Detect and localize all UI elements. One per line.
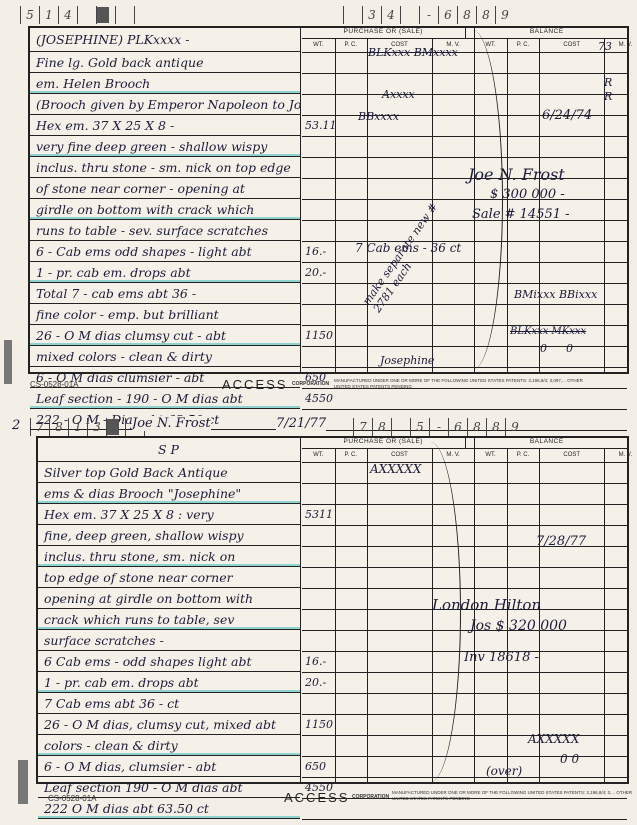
balance-group-header: BALANCE	[465, 28, 629, 39]
code-box: 9	[495, 6, 514, 24]
column-divider	[507, 449, 508, 782]
column-divider	[335, 449, 336, 782]
code-box: 1	[68, 418, 87, 436]
description-line: inclus. thru stone, sm. nick on	[38, 546, 300, 567]
margin-note: 73	[598, 40, 612, 53]
code-box: 9	[505, 418, 524, 436]
row-divider	[302, 525, 627, 526]
purchase-cost-note: Axxxx	[382, 88, 415, 101]
brand-suffix: CORPORATION	[352, 794, 389, 800]
patent-text: MANUFACTURED UNDER ONE OR MORE OF THE FO…	[334, 378, 584, 390]
column-label: WT.	[302, 449, 336, 462]
card-notch	[18, 760, 28, 804]
code-box	[343, 6, 362, 24]
code-box	[134, 6, 153, 24]
balance-date: 7/28/77	[536, 534, 586, 549]
purchase-group-header: PURCHASE OR (SALE)	[302, 28, 465, 39]
item-title: (JOSEPHINE) PLKxxxx -	[30, 28, 300, 52]
column-label: P. C.	[507, 39, 541, 52]
row-divider	[302, 714, 627, 715]
code-box: 7	[30, 418, 49, 436]
column-divider	[367, 39, 368, 372]
weight-value: 650	[305, 760, 326, 773]
row-divider	[302, 630, 627, 631]
code-box: 3	[87, 418, 106, 436]
balance-date: 6/24/74	[542, 108, 592, 123]
code-box	[391, 418, 410, 436]
description-line: 1 - pr. cab em. drops abt	[30, 262, 300, 283]
code-box: -	[429, 418, 448, 436]
column-divider	[507, 39, 508, 372]
column-divider	[604, 449, 605, 782]
ledger-card-2: 2 7813785-6889 Joe N. Frost 7/21/77 S P …	[0, 412, 637, 825]
form-number: CS-0528-01A	[30, 380, 78, 389]
description-line: 6 Cab ems - odd shapes light abt	[38, 651, 300, 672]
code-box: 1	[39, 6, 58, 24]
code-box: 8	[372, 418, 391, 436]
weight-value: 4550	[305, 392, 333, 405]
description-line: surface scratches -	[38, 630, 300, 651]
row-divider	[302, 567, 627, 568]
code-box	[115, 6, 134, 24]
description-line: runs to table - sev. surface scratches	[30, 220, 300, 241]
description-line: opening at girdle on bottom with	[38, 588, 300, 609]
patent-text: MANUFACTURED UNDER ONE OR MORE OF THE FO…	[392, 790, 637, 802]
column-label: M. V.	[604, 449, 637, 462]
column-label: COST	[539, 449, 605, 462]
description-line: 6 - Cab ems odd shapes - light abt	[30, 241, 300, 262]
dealer-name: Joe N. Frost	[132, 416, 211, 431]
purchase-cost-note: BBxxxx	[358, 110, 399, 123]
sale-price: Jos $ 320 000	[470, 618, 567, 634]
description-line: 6 - O M dias, clumsier - abt	[38, 756, 300, 777]
card-marker: 2	[12, 418, 20, 433]
balance-note: 0 0	[560, 752, 579, 766]
balance-note: 0	[540, 342, 547, 355]
sale-number: Inv 18618 -	[464, 650, 539, 665]
description-line: crack which runs to table, sev	[38, 609, 300, 630]
code-box	[400, 6, 419, 24]
balance-note: BLKxxx MKxxx	[510, 326, 586, 337]
code-box: 5	[20, 6, 39, 24]
black-marker	[107, 419, 119, 435]
column-label: P. C.	[335, 39, 369, 52]
code-boxes: 51434-6889	[20, 6, 629, 24]
column-label: P. C.	[335, 449, 369, 462]
margin-note: R	[604, 90, 612, 103]
margin-note: R	[604, 76, 612, 89]
code-box: 8	[457, 6, 476, 24]
description-line: ems & dias Brooch "Josephine"	[38, 483, 300, 504]
item-title: S P	[38, 438, 300, 462]
row-divider	[302, 367, 627, 368]
column-label: WT.	[302, 39, 336, 52]
weight-value: 1150	[305, 329, 333, 342]
code-box: 8	[476, 6, 495, 24]
weight-value: 16.-	[305, 655, 326, 668]
description-line: fine color - emp. but brilliant	[30, 304, 300, 325]
code-box: 8	[486, 418, 505, 436]
column-label: P. C.	[507, 449, 541, 462]
code-box: 4	[381, 6, 400, 24]
dealer-date: 7/21/77	[276, 416, 326, 431]
description-line: 7 Cab ems abt 36 - ct	[38, 693, 300, 714]
bracket-line	[442, 30, 503, 370]
column-divider	[539, 39, 540, 372]
column-label: WT.	[474, 449, 508, 462]
code-box	[96, 6, 115, 24]
code-box: 5	[410, 418, 429, 436]
form-number: CS-0528-01A	[48, 794, 96, 803]
row-divider	[302, 777, 627, 778]
description-line: em. Helen Brooch	[30, 73, 300, 94]
card-notch	[4, 340, 12, 384]
description-line: (Brooch given by Emperor Napoleon to Jos…	[30, 94, 300, 115]
weight-value: 16.-	[305, 245, 326, 258]
weight-value: 53.11	[305, 119, 337, 132]
code-box: 6	[438, 6, 457, 24]
code-box: -	[419, 6, 438, 24]
description-line: inclus. thru stone - sm. nick on top edg…	[30, 157, 300, 178]
brand-suffix: CORPORATION	[292, 381, 329, 387]
description-line: Total 7 - cab ems abt 36 -	[30, 283, 300, 304]
black-marker	[97, 7, 109, 23]
column-divider	[335, 39, 336, 372]
description-line: colors - clean & dirty	[38, 735, 300, 756]
description-line: fine, deep green, shallow wispy	[38, 525, 300, 546]
row-divider	[302, 693, 627, 694]
purchase-group-header: PURCHASE OR (SALE)	[302, 438, 465, 449]
description-column: (JOSEPHINE) PLKxxxx - Fine lg. Gold back…	[30, 28, 301, 372]
purchase-cost-note: BLKxxx BMxxxx	[368, 46, 458, 59]
description-line: 26 - O M dias clumsy cut - abt	[30, 325, 300, 346]
description-line: Hex em. 37 X 25 X 8 : very	[38, 504, 300, 525]
row-divider	[302, 588, 627, 589]
description-column: S P Silver top Gold Back Antiqueems & di…	[38, 438, 301, 782]
description-line: Hex em. 37 X 25 X 8 -	[30, 115, 300, 136]
weight-value: 1150	[305, 718, 333, 731]
code-box: 7	[353, 418, 372, 436]
balance-note: BMixxx BBixxx	[514, 288, 597, 301]
code-box	[77, 6, 96, 24]
code-box: 6	[448, 418, 467, 436]
signature: Josephine	[380, 354, 434, 367]
code-box: 3	[362, 6, 381, 24]
description-line: Fine lg. Gold back antique	[30, 52, 300, 73]
column-label: COST	[539, 39, 605, 52]
description-line: 1 - pr. cab em. drops abt	[38, 672, 300, 693]
description-line: 26 - O M dias, clumsy cut, mixed abt	[38, 714, 300, 735]
row-divider	[302, 409, 627, 410]
description-line: mixed colors - clean & dirty	[30, 346, 300, 367]
description-line: Silver top Gold Back Antique	[38, 462, 300, 483]
weight-value: 5311	[305, 508, 333, 521]
weight-value: 20.-	[305, 676, 326, 689]
ledger-card-1: 51434-6889 (JOSEPHINE) PLKxxxx - Fine lg…	[0, 0, 637, 405]
bracket-line	[400, 442, 461, 782]
row-divider	[302, 672, 627, 673]
balance-note: AXXXXX	[528, 732, 579, 746]
brand-logo: ACCESS	[222, 377, 287, 392]
code-box: 4	[58, 6, 77, 24]
code-boxes: 7813785-6889	[30, 418, 629, 436]
description-line: top edge of stone near corner	[38, 567, 300, 588]
code-box: 8	[467, 418, 486, 436]
code-box	[106, 418, 125, 436]
balance-note: 0	[566, 342, 573, 355]
weight-value: 20.-	[305, 266, 326, 279]
row-divider	[302, 483, 627, 484]
balance-group-header: BALANCE	[465, 438, 629, 449]
code-box: 8	[49, 418, 68, 436]
column-divider	[367, 449, 368, 782]
row-divider	[302, 504, 627, 505]
row-divider	[302, 819, 627, 820]
over-note: (over)	[486, 764, 522, 778]
brand-logo: ACCESS	[284, 790, 349, 805]
description-line: very fine deep green - shallow wispy	[30, 136, 300, 157]
description-line: girdle on bottom with crack which	[30, 199, 300, 220]
description-line: of stone near corner - opening at	[30, 178, 300, 199]
